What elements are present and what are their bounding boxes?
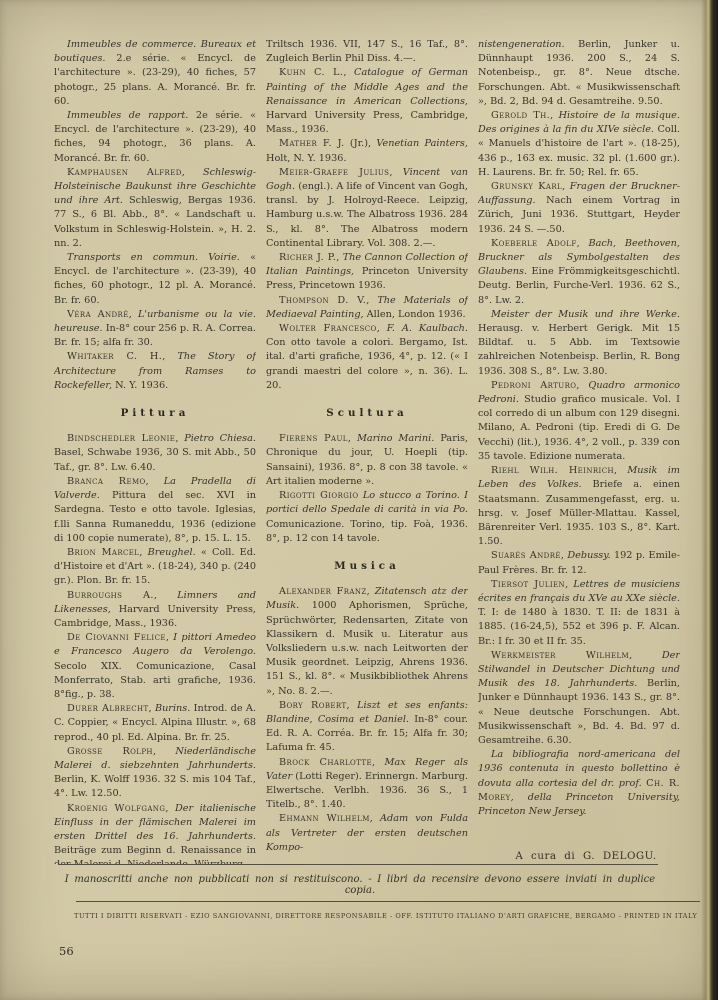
- bibliography-entry: Bory Robert, Liszt et ses enfants: Bland…: [266, 699, 468, 756]
- bibliography-entry: Grunsky Karl, Fragen der Bruckner-Auffas…: [478, 180, 680, 237]
- bibliography-entry: Fierens Paul, Marino Marini. Paris, Chro…: [266, 432, 468, 489]
- bibliography-entry: Meier-Graefe Julius, Vincent van Gogh. (…: [266, 166, 468, 251]
- bibliography-entry: Kamphausen Alfred, Schleswig- Holsteinis…: [54, 166, 256, 251]
- bibliography-content: Immeubles de commerce. Bureaux et boutiq…: [54, 38, 680, 864]
- bibliography-entry: Bindschedler Leonie, Pietro Chiesa. Base…: [54, 432, 256, 475]
- bibliography-entry: Brion Marcel, Breughel. « Coll. Ed. d'Hi…: [54, 546, 256, 589]
- bibliography-entry: Tiersot Julien, Lettres de musiciens écr…: [478, 578, 680, 649]
- bibliography-entry: Kuhn C. L., Catalogue of German Painting…: [266, 66, 468, 137]
- bibliography-entry: Grosse Rolph, Niederländische Malerei d.…: [54, 745, 256, 802]
- bibliography-entry: Brock Charlotte, Max Reger als Vater (Lo…: [266, 756, 468, 813]
- bibliography-entry: Branca Remo, La Pradella di Valverde. Pi…: [54, 475, 256, 546]
- bibliography-entry: Richer J. P., The Cannon Collection of I…: [266, 251, 468, 294]
- bibliography-entry: Durer Albrecht, Burins. Introd. de A. C.…: [54, 702, 256, 745]
- bibliography-entry: La bibliografia nord-americana del 1936 …: [478, 748, 680, 819]
- bibliography-entry: Suarés André, Debussy. 192 p. Emile-Paul…: [478, 549, 680, 577]
- bibliography-entry: Immeubles de commerce. Bureaux et boutiq…: [54, 38, 256, 109]
- bibliography-entry: Transports en commun. Voirie. « Encycl. …: [54, 251, 256, 308]
- divider-rule-top: [58, 864, 658, 865]
- bibliography-entry: Wolter Francesco, F. A. Kaulbach. Con ot…: [266, 322, 468, 393]
- bibliography-entry: Pedroni Arturo, Quadro armonico Pedroni.…: [478, 379, 680, 464]
- bibliography-entry: Burroughs A., Limners and Likenesses, Ha…: [54, 589, 256, 632]
- bibliography-entry: Gerold Th., Histoire de la musique. Des …: [478, 109, 680, 180]
- bibliography-entry: Immeubles de rapport. 2e série. « Encycl…: [54, 109, 256, 166]
- bibliography-entry: Koeberle Adolf, Bach, Beethoven, Bruckne…: [478, 237, 680, 308]
- bibliography-entry: Meister der Musik und ihre Werke. Heraus…: [478, 308, 680, 379]
- section-heading: Pittura: [54, 406, 256, 420]
- bibliography-entry: nistengeneration. Berlin, Junker u. Dünn…: [478, 38, 680, 109]
- bibliography-entry: Whitaker C. H., The Story of Architectur…: [54, 350, 256, 393]
- bibliography-entry: Triltsch 1936. VII, 147 S., 16 Taf., 8°.…: [266, 38, 468, 66]
- divider-rule-bottom: [76, 901, 700, 902]
- bibliography-entry: Alexander Franz, Zitatensch atz der Musi…: [266, 585, 468, 699]
- page-number: 56: [59, 944, 74, 958]
- column-right: nistengeneration. Berlin, Junker u. Dünn…: [478, 38, 680, 864]
- bibliography-entry: Mather F. J. (Jr.), Venetian Painters, H…: [266, 137, 468, 165]
- colophon-line: TUTTI I DIRITTI RISERVATI - EZIO SANGIOV…: [74, 912, 697, 920]
- bibliography-entry: Werkmeister Wilhelm, Der Stilwandel in D…: [478, 649, 680, 748]
- page-edge-shadow: [701, 0, 718, 1000]
- bibliography-entry: Rigotti Giorgio Lo stucco a Torino. I po…: [266, 489, 468, 546]
- column-left: Immeubles de commerce. Bureaux et boutiq…: [54, 38, 256, 864]
- bibliography-entry: De Ciovanni Felice, I pittori Amedeo e F…: [54, 631, 256, 702]
- column-middle: Triltsch 1936. VII, 147 S., 16 Taf., 8°.…: [266, 38, 468, 864]
- bibliography-entry: Véra André, L'urbanisme ou la vie. heure…: [54, 308, 256, 351]
- section-heading: Scultura: [266, 406, 468, 420]
- bibliography-entry: Riehl Wilh. Heinrich, Musik im Leben des…: [478, 464, 680, 549]
- section-heading: Musica: [266, 559, 468, 573]
- bibliography-entry: Thompson D. V., The Materials of Mediaev…: [266, 294, 468, 322]
- scanned-page: Immeubles de commerce. Bureaux et boutiq…: [0, 0, 718, 1000]
- curator-signature: A cura di G. DELOGU.: [492, 849, 680, 863]
- bibliography-entry: Kroenig Wolfgang, Der italienische Einfl…: [54, 802, 256, 864]
- manuscripts-note: I manoscritti anche non pubblicati non s…: [58, 874, 662, 896]
- bibliography-entry: Ehmann Wilhelm, Adam von Fulda als Vertr…: [266, 812, 468, 855]
